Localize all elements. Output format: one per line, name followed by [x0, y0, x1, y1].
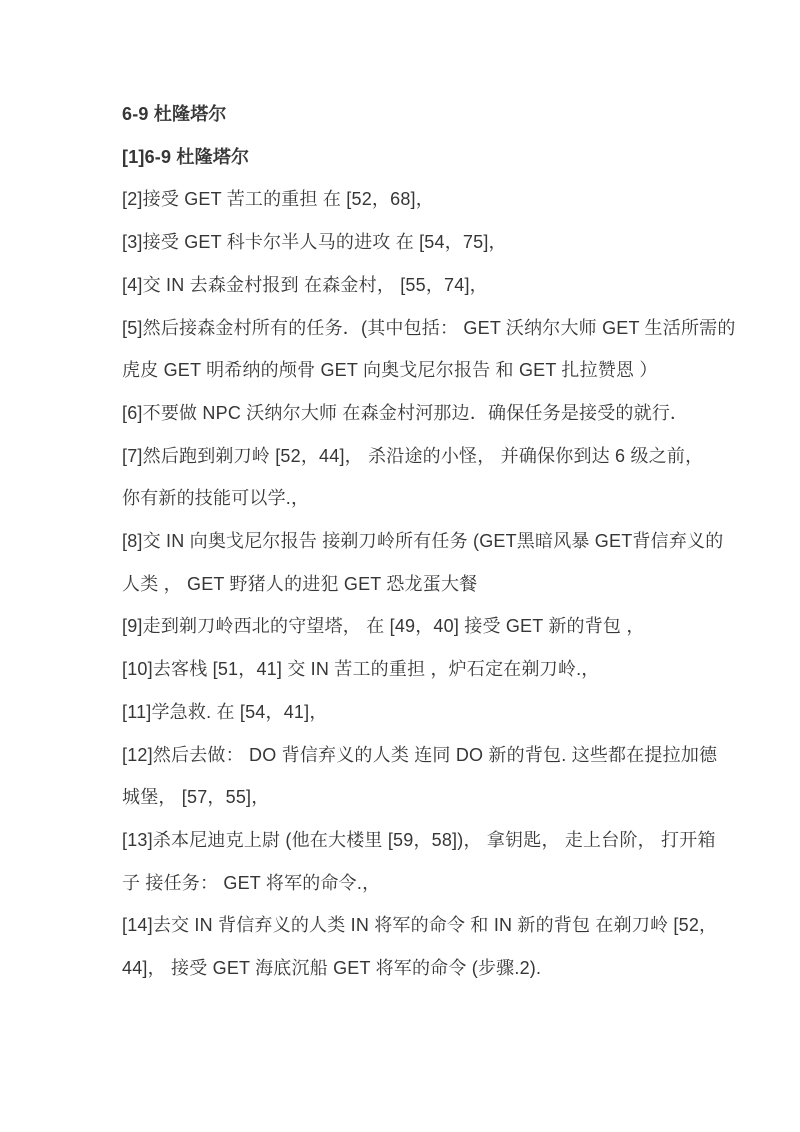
doc-line-step-8-2: 人类 ， GET 野猪人的进犯 GET 恐龙蛋大餐: [122, 563, 712, 606]
doc-line-step-11: [11]学急救. 在 [54，41]，: [122, 691, 712, 734]
doc-line-step-10: [10]去客栈 [51，41] 交 IN 苦工的重担 ，炉石定在剃刀岭.，: [122, 648, 712, 691]
doc-line-step-9: [9]走到剃刀岭西北的守望塔， 在 [49，40] 接受 GET 新的背包 ，: [122, 605, 712, 648]
doc-line-step-7-1: [7]然后跑到剃刀岭 [52，44]， 杀沿途的小怪， 并确保你到达 6 级之前…: [122, 435, 712, 478]
doc-line-step-1: [1]6-9 杜隆塔尔: [122, 136, 712, 179]
doc-line-step-6: [6]不要做 NPC 沃纳尔大师 在森金村河那边．确保任务是接受的就行．: [122, 392, 712, 435]
doc-line-step-4: [4]交 IN 去森金村报到 在森金村， [55，74]，: [122, 264, 712, 307]
doc-line-step-2: [2]接受 GET 苦工的重担 在 [52，68]，: [122, 178, 712, 221]
doc-line-step-14-2: 44]， 接受 GET 海底沉船 GET 将军的命令 (步骤.2).: [122, 947, 712, 990]
doc-line-step-13-1: [13]杀本尼迪克上尉 (他在大楼里 [59，58])， 拿钥匙， 走上台阶， …: [122, 819, 712, 862]
page: 6-9 杜隆塔尔[1]6-9 杜隆塔尔[2]接受 GET 苦工的重担 在 [52…: [0, 0, 800, 1132]
doc-line-step-5-2: 虎皮 GET 明希纳的颅骨 GET 向奥戈尼尔报告 和 GET 扎拉赞恩 ）: [122, 349, 712, 392]
doc-line-heading: 6-9 杜隆塔尔: [122, 93, 712, 136]
doc-line-step-13-2: 子 接任务： GET 将军的命令.，: [122, 862, 712, 905]
doc-line-step-12-2: 城堡， [57，55]，: [122, 776, 712, 819]
doc-line-step-12-1: [12]然后去做： DO 背信弃义的人类 连同 DO 新的背包. 这些都在提拉加…: [122, 734, 712, 777]
doc-line-step-14-1: [14]去交 IN 背信弃义的人类 IN 将军的命令 和 IN 新的背包 在剃刀…: [122, 904, 712, 947]
doc-line-step-8-1: [8]交 IN 向奥戈尼尔报告 接剃刀岭所有任务 (GET黑暗风暴 GET背信弃…: [122, 520, 712, 563]
doc-line-step-7-2: 你有新的技能可以学.，: [122, 477, 712, 520]
doc-line-step-5-1: [5]然后接森金村所有的任务．(其中包括： GET 沃纳尔大师 GET 生活所需…: [122, 307, 712, 350]
doc-line-step-3: [3]接受 GET 科卡尔半人马的进攻 在 [54，75]，: [122, 221, 712, 264]
document-content: 6-9 杜隆塔尔[1]6-9 杜隆塔尔[2]接受 GET 苦工的重担 在 [52…: [0, 0, 800, 990]
